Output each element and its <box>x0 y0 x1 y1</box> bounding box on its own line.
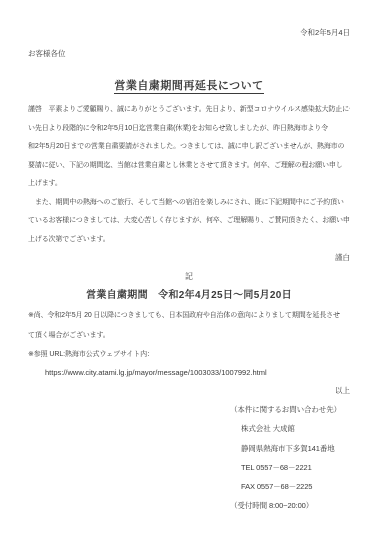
text-line: ているお客様につきましては、大変心苦しく存じますが、何卒、ご理解賜り、ご賛同頂き… <box>28 212 350 231</box>
note-extension: ※尚、令和2年5月 20 日以降につきましても、日本国政府や自治体の意向によりま… <box>28 306 350 346</box>
document-page: 令和2年5月4日 お客様各位 営業自粛期間再延長について 謹啓 平素よりご愛顧賜… <box>0 0 377 533</box>
text-line: て頂く場合がございます。 <box>28 326 350 346</box>
contact-block: （本件に関するお問い合わせ先） 株式会社 大成館 静岡県熱海市下多賀141番地 … <box>230 400 350 516</box>
text-line: 要請に従い、下記の期間迄、当館は営業自粛とし休業とさせて頂きます。何卒、ご理解の… <box>28 157 350 176</box>
text-line: 和2年5月20日までの営業自粛要請がされました。つきましては、誠に申し訳ございま… <box>28 138 350 157</box>
contact-address: 静岡県熱海市下多賀141番地 <box>230 439 350 458</box>
end-label: 以上 <box>28 382 350 400</box>
note-reference-url-label: ※参照 URL:熱海市公式ウェブサイト内： <box>28 346 350 364</box>
document-title: 営業自粛期間再延長について <box>28 78 350 94</box>
record-heading: 記 <box>28 268 350 287</box>
document-title-text: 営業自粛期間再延長について <box>114 80 263 94</box>
contact-company: 株式会社 大成館 <box>230 419 350 438</box>
suspension-period-line: 営業自粛期間 令和2年4月25日～同5月20日 <box>28 286 350 306</box>
body-paragraph-1: 謹啓 平素よりご愛顧賜り、誠にありがとうございます。先日より、新型コロナウイルス… <box>28 101 350 194</box>
text-line: 上げます。 <box>28 175 350 194</box>
document-date: 令和2年5月4日 <box>28 27 350 39</box>
recipient-line: お客様各位 <box>28 48 350 60</box>
contact-hours: （受付時間 8:00~20:00） <box>230 496 350 515</box>
text-line: また、期間中の熱海へのご旅行、そして当館への宿泊を楽しみにされ、既に下記期間中に… <box>28 194 350 213</box>
reference-url: https://www.city.atami.lg.jp/mayor/messa… <box>28 364 350 382</box>
text-line: 上げる次第でございます。 <box>28 231 350 250</box>
body-paragraph-2: また、期間中の熱海へのご旅行、そして当館への宿泊を楽しみにされ、既に下記期間中に… <box>28 194 350 250</box>
text-line: ※尚、令和2年5月 20 日以降につきましても、日本国政府や自治体の意向によりま… <box>28 306 350 326</box>
contact-tel: TEL 0557－68－2221 <box>230 458 350 477</box>
closing-word: 謹白 <box>28 249 350 268</box>
contact-heading: （本件に関するお問い合わせ先） <box>230 400 350 419</box>
text-line: い先日より段階的に令和2年5月10日迄営業自粛(休業)をお知らせ致しましたが、昨… <box>28 120 350 139</box>
contact-fax: FAX 0557－68－2225 <box>230 477 350 496</box>
text-line: 謹啓 平素よりご愛顧賜り、誠にありがとうございます。先日より、新型コロナウイルス… <box>28 101 350 120</box>
